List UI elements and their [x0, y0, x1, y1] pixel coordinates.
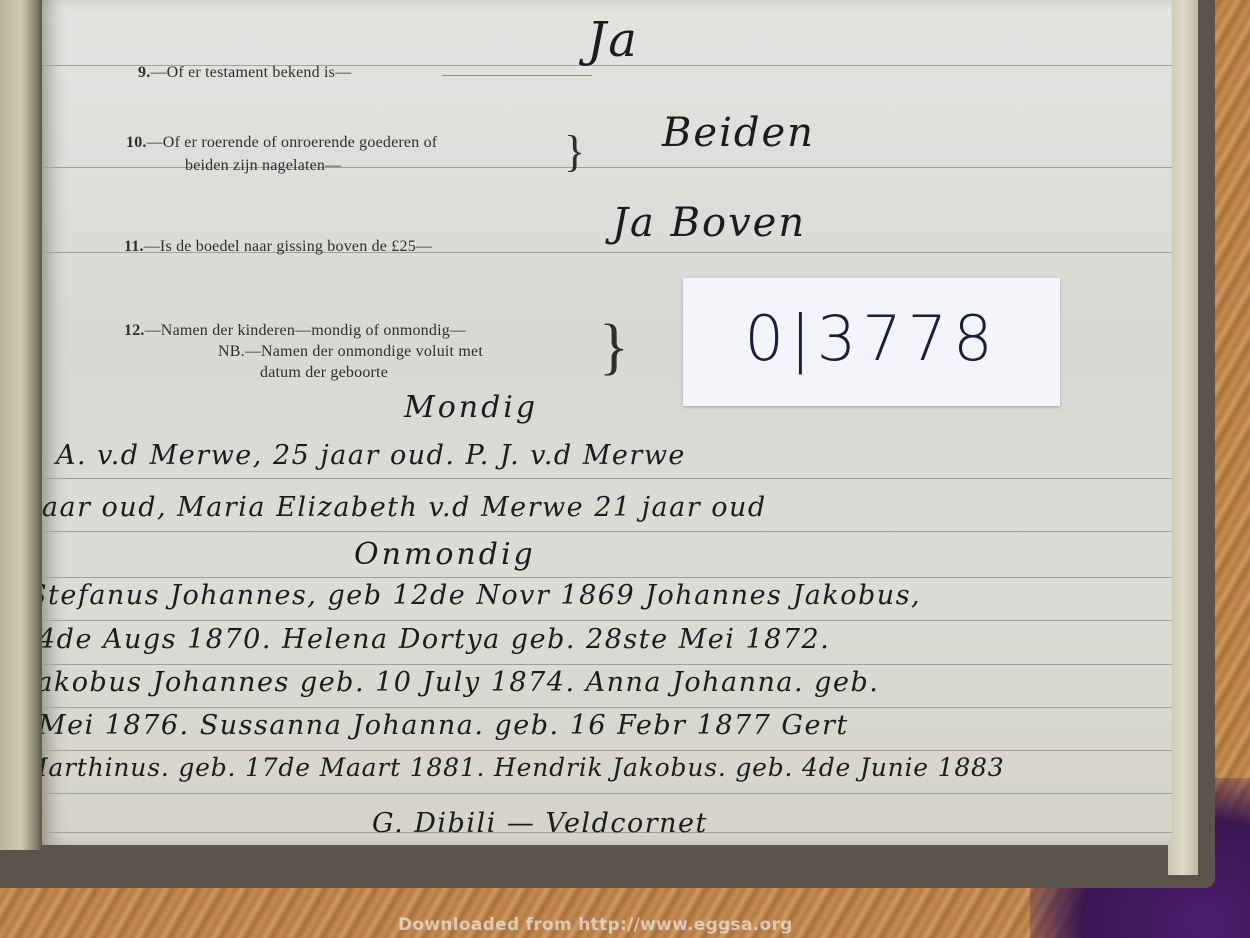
child-line: A. v.d Merwe, 25 jaar oud. P. J. v.d Mer…: [56, 440, 686, 471]
signature-title: Veldcornet: [545, 808, 707, 839]
left-page-edge: [0, 0, 42, 850]
question-10-line2: beiden zijn nagelaten—: [185, 157, 341, 175]
reference-number: 0|3778: [683, 302, 1060, 375]
onmondig-heading: Onmondig: [354, 537, 536, 572]
brace-icon: }: [564, 126, 585, 177]
answer-10: Beiden: [662, 110, 815, 156]
child-line: jaar oud, Maria Elizabeth v.d Merwe 21 j…: [32, 492, 767, 523]
question-9: 9.—Of er testament bekend is—: [138, 64, 351, 82]
ruling-line: [42, 531, 1172, 532]
child-line: Jakobus Johannes geb. 10 July 1874. Anna…: [24, 667, 879, 698]
signature-name: G. Dibili: [372, 808, 497, 839]
question-text: —Of er testament bekend is—: [150, 64, 351, 81]
question-text: —Namen der kinderen—mondig of onmondig—: [145, 322, 467, 339]
brace-icon: }: [599, 312, 629, 383]
ruling-line: [42, 478, 1172, 479]
signature: G. Dibili — Veldcornet: [372, 808, 708, 839]
mondig-heading: Mondig: [404, 390, 538, 425]
question-10-line1: 10.—Of er roerende of onroerende goedere…: [126, 134, 437, 152]
child-line: Stefanus Johannes, geb 12de Novr 1869 Jo…: [28, 580, 921, 611]
page-stack-edge: [1168, 0, 1198, 875]
question-12-line3: datum der geboorte: [260, 364, 388, 382]
question-number: 9.: [138, 64, 150, 81]
child-line: Marthinus. geb. 17de Maart 1881. Hendrik…: [22, 753, 1004, 782]
register-page: 9.—Of er testament bekend is— Ja 10.—Of …: [42, 0, 1172, 845]
answer-11: Ja Boven: [612, 200, 806, 246]
ruling-line: [42, 707, 1172, 708]
ruling-line: [42, 664, 1172, 665]
question-12-line2: NB.—Namen der onmondige voluit met: [218, 343, 483, 361]
answer-9: Ja: [587, 12, 639, 68]
child-line: Mei 1876. Sussanna Johanna. geb. 16 Febr…: [38, 710, 849, 741]
question-text: —Of er roerende of onroerende goederen o…: [147, 134, 438, 151]
question-number: 12.: [124, 322, 145, 339]
question-number: 11.: [124, 238, 144, 255]
answer-line: [442, 75, 592, 76]
child-line: 4de Augs 1870. Helena Dortya geb. 28ste …: [38, 624, 830, 655]
watermark: Downloaded from http://www.eggsa.org: [398, 915, 793, 935]
ruling-line: [42, 793, 1172, 794]
question-12-line1: 12.—Namen der kinderen—mondig of onmondi…: [124, 322, 466, 340]
question-number: 10.: [126, 134, 147, 151]
reference-label-sticker: 0|3778: [683, 278, 1060, 406]
ruling-line: [42, 577, 1172, 578]
ruling-line: [42, 750, 1172, 751]
ruling-line: [42, 620, 1172, 621]
question-text: —Is de boedel naar gissing boven de £25—: [144, 238, 432, 255]
signature-separator: —: [507, 808, 536, 839]
question-11: 11.—Is de boedel naar gissing boven de £…: [124, 238, 432, 256]
